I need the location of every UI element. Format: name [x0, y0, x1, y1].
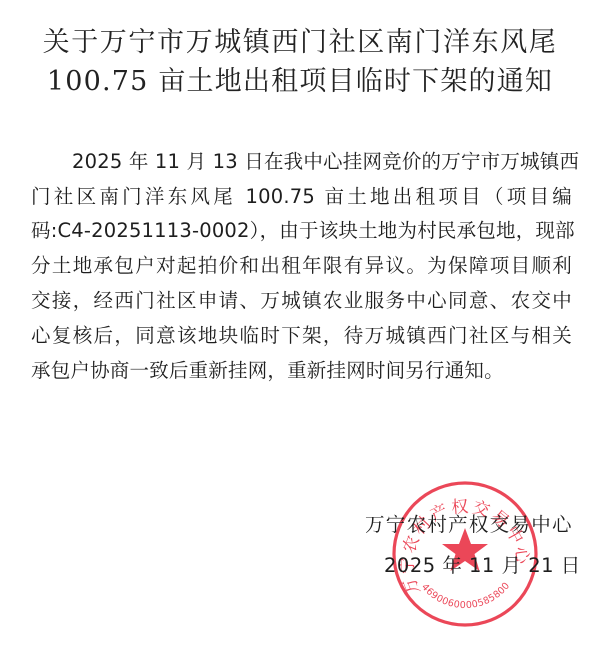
notice-title-line-1: 关于万宁市万城镇西门社区南门洋东风尾 [0, 23, 600, 63]
body-line: 分土地承包户对起拍价和出租年限有异议。为保障项目顺利 [31, 254, 572, 278]
signature-organization: 万宁农村产权交易中心 [365, 513, 572, 537]
notice-title-line-2: 100.75 亩土地出租项目临时下架的通知 [0, 62, 600, 102]
body-line: 心复核后，同意该地块临时下架，待万城镇西门社区与相关 [31, 324, 572, 348]
svg-text:4690060000585800: 4690060000585800 [419, 580, 512, 611]
seal-code-text: 4690060000585800 [419, 580, 512, 611]
body-line: 门社区南门洋东风尾 100.75 亩土地出租项目（项目编 [31, 185, 572, 209]
body-line: 承包户协商一致后重新挂网，重新挂网时间另行通知。 [31, 359, 572, 383]
signature-date: 2025 年 11 月 21 日 [384, 554, 557, 578]
body-line: 交接，经西门社区申请、万城镇农业服务中心同意、农交中 [31, 289, 572, 313]
body-line: 码:C4-20251113-0002），由于该块土地为村民承包地，现部 [31, 219, 572, 243]
body-line: 2025 年 11 月 13 日在我中心挂网竞价的万宁市万城镇西 [72, 150, 572, 174]
